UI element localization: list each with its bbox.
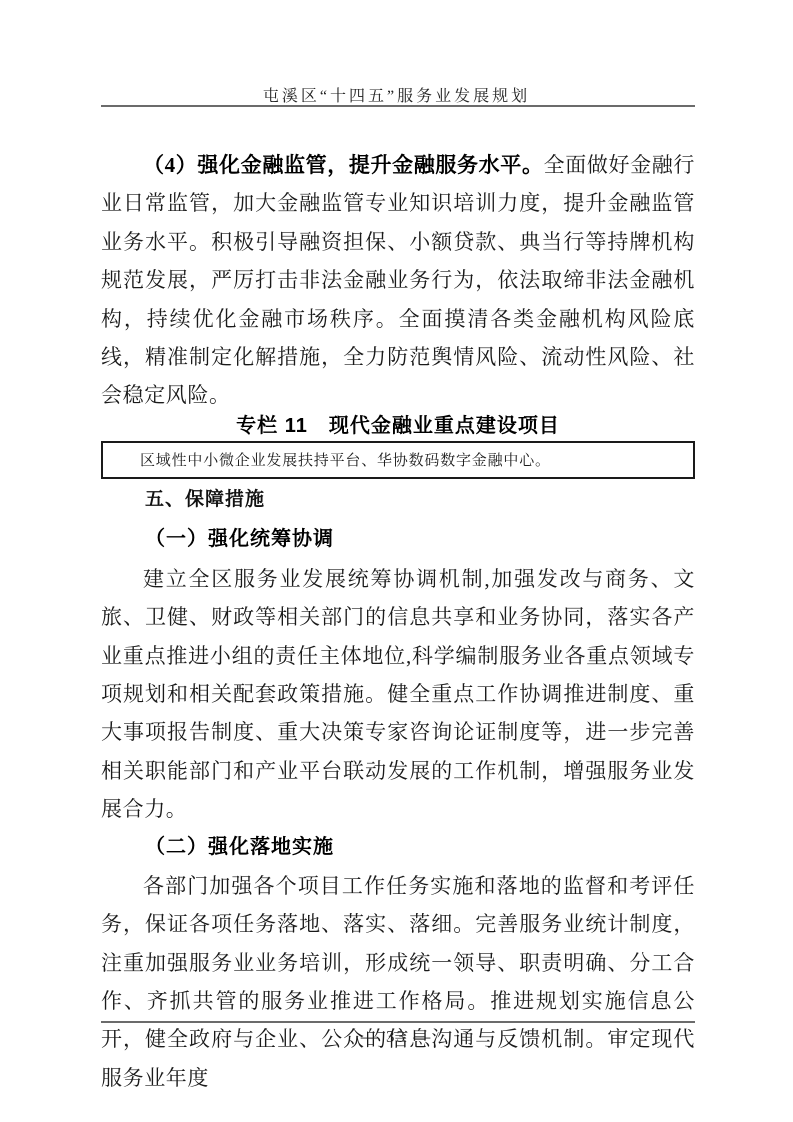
feature-box: 区域性中小微企业发展扶持平台、华协数码数字金融中心。: [101, 441, 695, 479]
document-page: 屯溪区“十四五”服务业发展规划 （4）强化金融监管，提升金融服务水平。全面做好金…: [0, 0, 793, 1122]
paragraph-coordination: 建立全区服务业发展统筹协调机制,加强发改与商务、文旅、卫健、财政等相关部门的信息…: [101, 560, 695, 829]
paragraph-financial-regulation: （4）强化金融监管，提升金融服务水平。全面做好金融行业日常监管，加大金融监管专业…: [101, 146, 695, 415]
header-rule: [101, 105, 695, 107]
document-body: （4）强化金融监管，提升金融服务水平。全面做好金融行业日常监管，加大金融监管专业…: [101, 146, 695, 1097]
feature-box-content: 区域性中小微企业发展扶持平台、华协数码数字金融中心。: [140, 449, 551, 470]
subsection-heading-implementation: （二）强化落地实施: [101, 829, 695, 865]
footer-rule: [101, 1021, 695, 1023]
section-heading-safeguards: 五、保障措施: [101, 485, 695, 515]
feature-box-title: 专栏 11 现代金融业重点建设项目: [101, 415, 695, 437]
paragraph-bold-lead: （4）强化金融监管，提升金融服务水平。: [143, 153, 544, 177]
paragraph-body-text: 全面做好金融行业日常监管，加大金融监管专业知识培训力度，提升金融监管业务水平。积…: [101, 153, 695, 407]
paragraph-implementation: 各部门加强各个项目工作任务实施和落地的监督和考评任务，保证各项任务落地、落实、落…: [101, 867, 695, 1097]
subsection-heading-coordination: （一）强化统筹协调: [101, 521, 695, 557]
page-number: — 33 —: [0, 1027, 793, 1047]
header-title: 屯溪区“十四五”服务业发展规划: [0, 83, 793, 106]
